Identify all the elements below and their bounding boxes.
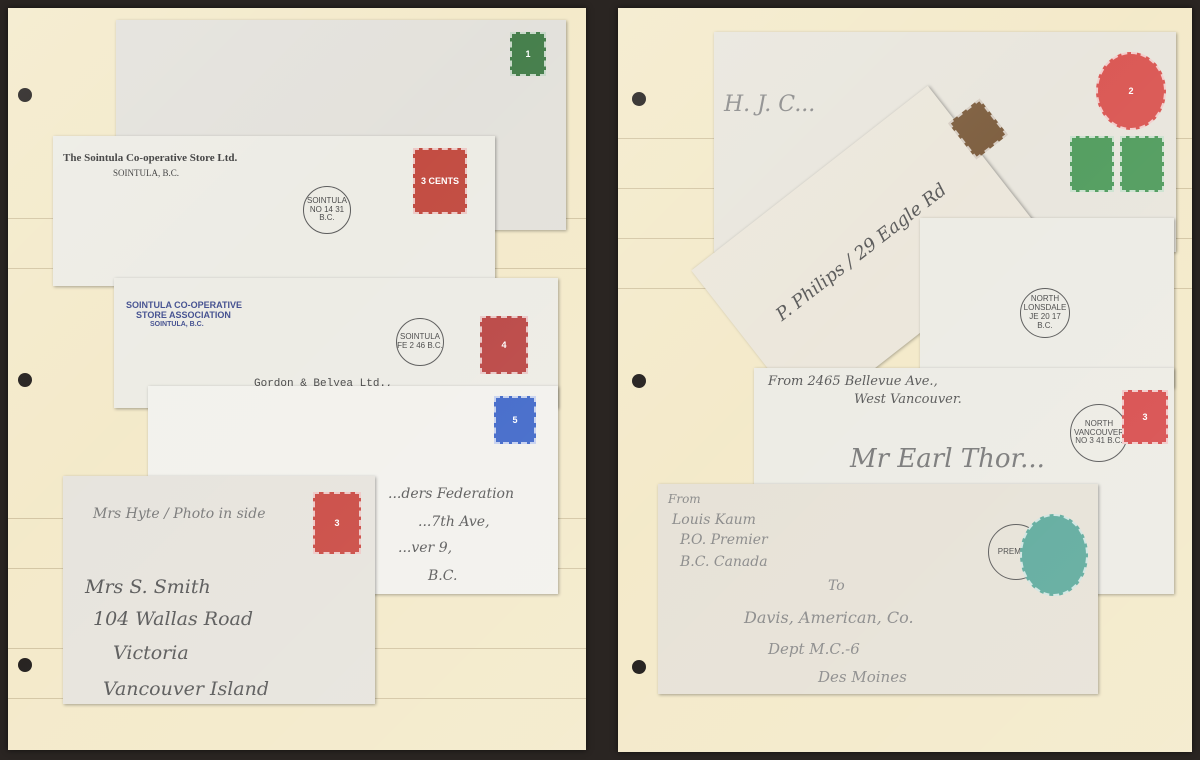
postmark: NORTH LONSDALE JE 20 17 B.C.: [1020, 288, 1070, 338]
from-line: B.C. Canada: [680, 554, 768, 570]
addressee: H. J. C...: [724, 92, 815, 117]
binder-hole: [18, 373, 32, 387]
letterhead: STORE ASSOCIATION: [136, 310, 231, 320]
address-line: Mrs S. Smith: [85, 576, 211, 598]
address-line: 104 Wallas Road: [93, 608, 253, 630]
to-line: Dept M.C.-6: [768, 640, 860, 658]
letterhead-city: SOINTULA, B.C.: [113, 168, 179, 178]
address-line: B.C.: [428, 568, 457, 584]
binder-hole: [18, 658, 32, 672]
stamp: 3 CENTS: [413, 148, 467, 214]
postmark: SOINTULA FE 2 46 B.C.: [396, 318, 444, 366]
binder-hole: [632, 374, 646, 388]
stamp: 2: [1096, 52, 1166, 130]
envelope-sointula-store: The Sointula Co-operative Store Ltd. SOI…: [53, 136, 495, 286]
stamp: 1: [510, 32, 546, 76]
address-line: ...7th Ave,: [418, 514, 490, 530]
addressee: Mr Earl Thor...: [850, 444, 1045, 474]
binder-hole: [632, 92, 646, 106]
stamp: 3: [313, 492, 361, 554]
letterhead: SOINTULA CO-OPERATIVE: [126, 300, 242, 310]
letterhead: The Sointula Co-operative Store Ltd.: [63, 152, 237, 164]
address-line: Vancouver Island: [103, 678, 269, 700]
stamp: 5: [494, 396, 536, 444]
binder-hole: [632, 660, 646, 674]
left-album-page: 1 The Sointula Co-operative Store Ltd. S…: [8, 8, 586, 750]
to-line: Davis, American, Co.: [744, 608, 914, 627]
envelope-smith-cover: Mrs Hyte / Photo in side 3 Mrs S. Smith …: [63, 476, 375, 704]
stamp: [1120, 136, 1164, 192]
stamp: [1070, 136, 1114, 192]
binder-hole: [18, 88, 32, 102]
return-address: West Vancouver.: [854, 392, 962, 407]
envelope-north-lonsdale: NORTH LONSDALE JE 20 17 B.C.: [920, 218, 1174, 388]
to-line: Des Moines: [818, 668, 907, 686]
address-line: ...ver 9,: [398, 540, 452, 556]
note: Mrs Hyte / Photo in side: [93, 506, 266, 522]
envelope-premier-cover: From Louis Kaum P.O. Premier B.C. Canada…: [658, 484, 1098, 694]
postmark: SOINTULA NO 14 31 B.C.: [303, 186, 351, 234]
from-line: P.O. Premier: [680, 532, 768, 548]
to-line: To: [828, 578, 845, 594]
right-album-page: H. J. C... 2 P. Philips / 29 Eagle Rd NO…: [618, 8, 1192, 752]
stamp: 4: [480, 316, 528, 374]
address-line: Victoria: [113, 642, 189, 664]
stamp: [1020, 514, 1088, 596]
letterhead-city: SOINTULA, B.C.: [150, 321, 204, 328]
return-address: From 2465 Bellevue Ave.,: [768, 374, 938, 389]
stamp: 3: [1122, 390, 1168, 444]
from-line: From: [668, 492, 701, 506]
address-line: ...ders Federation: [388, 486, 514, 502]
postmark: NORTH VANCOUVER NO 3 41 B.C.: [1070, 404, 1128, 462]
from-line: Louis Kaum: [672, 512, 756, 528]
